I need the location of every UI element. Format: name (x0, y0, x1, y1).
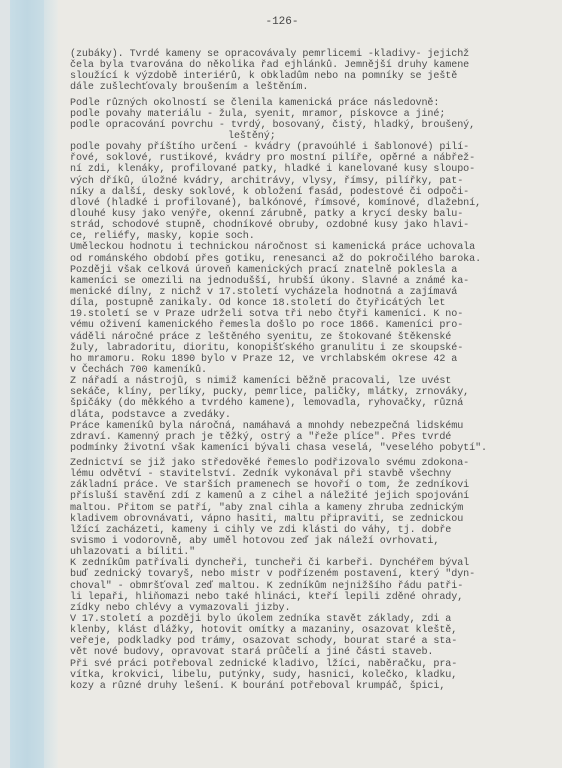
text-line: menické dílny, z nichž v 17.století vych… (70, 287, 560, 298)
binding-shadow (44, 0, 58, 768)
text-line: základní práce. Ve starších pramenech se… (70, 480, 560, 491)
text-line: dláta, podstavce a zvedáky. (70, 410, 560, 421)
text-line: (zubáky). Tvrdé kameny se opracovávaly p… (70, 49, 560, 60)
text-line: V 17.století a později bylo úkolem zední… (70, 614, 560, 625)
text-line: dlouhé kusy jako venýře, okenní zárubně,… (70, 209, 560, 220)
page-number: -126- (252, 16, 312, 28)
paragraph: Podle různých okolností se členila kamen… (70, 98, 560, 455)
text-line: podle opracování povrchu - tvrdý, bosova… (70, 120, 560, 131)
text-line: řové, soklové, rustikové, kvádry pro mos… (70, 153, 560, 164)
text-line: žuly, labradoritu, dioritu, konopišťskéh… (70, 343, 560, 354)
text-line: váděli náročné práce z leštěného syenitu… (70, 332, 560, 343)
text-line: klenby, klást dlážky, hotovit omítky a m… (70, 625, 560, 636)
text-line: veřeje, podkladky pod trámy, osazovat sc… (70, 636, 560, 647)
text-line: K zedníkům patřívali dyncheři, tuncheři … (70, 558, 560, 569)
text-line: Z nářadí a nástrojů, s nimiž kameníci bě… (70, 376, 560, 387)
text-line: Uměleckou hodnotu i technickou náročnost… (70, 242, 560, 253)
text-line: ce, reliéfy, masky, kopie soch. (70, 231, 560, 242)
text-line: podle povahy materiálu - žula, syenit, m… (70, 109, 560, 120)
text-line: ho mramoru. Roku 1890 bylo v Praze 12, v… (70, 354, 560, 365)
text-line: Práce kameníků byla náročná, namáhavá a … (70, 421, 560, 432)
document-body: (zubáky). Tvrdé kameny se opracovávaly p… (70, 49, 560, 692)
text-line: sekáče, klíny, perlíky, pucky, pemrlice,… (70, 387, 560, 398)
text-line: buď zednický tovaryš, nebo mistr v podří… (70, 569, 560, 580)
text-line: uhlazovati a bíliti." (70, 547, 560, 558)
text-line: kozy a různé druhy lešení. K bourání pot… (70, 681, 560, 692)
text-line: špičáky (do měkkého a tvrdého kamene), l… (70, 398, 560, 409)
text-line: dlové (hladké i profilované), balkónové,… (70, 198, 560, 209)
text-line: v Čechách 700 kameníků. (70, 365, 560, 376)
text-line: kameníci se omezili na jednodušší, hrubš… (70, 276, 560, 287)
text-line: Zednictví se již jako středověké řemeslo… (70, 458, 560, 469)
text-line: leštěný; (70, 131, 560, 142)
text-line: zdraví. Kamenný prach je těžký, ostrý a … (70, 432, 560, 443)
text-line: níky a další, desky soklové, k obložení … (70, 187, 560, 198)
text-line: maltou. Přitom se patří, "aby znal cihla… (70, 503, 560, 514)
text-line: svismo i vodorovně, aby uměl hotovou zeď… (70, 536, 560, 547)
text-line: vému oživení kamenického řemesla došlo p… (70, 320, 560, 331)
text-line: díla, postupně zanikaly. Od konce 18.sto… (70, 298, 560, 309)
text-line: dále zušlechťovaly broušením a leštěním. (70, 82, 560, 93)
text-line: choval" - obmršťoval zeď maltou. K zední… (70, 581, 560, 592)
text-line: Při své práci potřeboval zednické kladiv… (70, 659, 560, 670)
paragraph: Zednictví se již jako středověké řemeslo… (70, 458, 560, 692)
text-line: vítka, krokvici, libelu, putýnky, sudy, … (70, 670, 560, 681)
text-line: 19.století se v Praze udrželi sotva tři … (70, 309, 560, 320)
text-line: čela byla tvarována do několika řad ejhl… (70, 60, 560, 71)
text-line: lému odvětví - stavitelství. Zedník vyko… (70, 469, 560, 480)
text-line: ní zdi, klenáky, profilované patky, hlad… (70, 164, 560, 175)
text-line: kladivem obrovnávati, vápno hasiti, malt… (70, 514, 560, 525)
text-line: zídky nebo chlévy a vymazovali jizby. (70, 603, 560, 614)
text-line: podle povahy příštího určení - kvádry (p… (70, 142, 560, 153)
text-line: podmínky životní však kameníci bývali ch… (70, 443, 560, 454)
text-line: lžící zacházeti, kameny i cihly ve zdi k… (70, 525, 560, 536)
text-line: li lepaři, hliňomazi nebo také hlináci, … (70, 592, 560, 603)
text-line: strád, schodové stupně, chodníkové obrub… (70, 220, 560, 231)
text-line: Později však celková úroveň kamenických … (70, 265, 560, 276)
binding-strip (10, 0, 44, 768)
text-line: vých dříků, úložné kvádry, architrávy, v… (70, 176, 560, 187)
text-line: vět nové budovy, opravovat stará průčelí… (70, 647, 560, 658)
text-line: od románského období přes gotiku, renesa… (70, 254, 560, 265)
text-line: přísluší stavění zdí z kamenů a z cihel … (70, 491, 560, 502)
text-line: Podle různých okolností se členila kamen… (70, 98, 560, 109)
text-line: sloužící k výzdobě interiérů, k obkladům… (70, 71, 560, 82)
paragraph: (zubáky). Tvrdé kameny se opracovávaly p… (70, 49, 560, 94)
scan-edge (0, 0, 10, 768)
